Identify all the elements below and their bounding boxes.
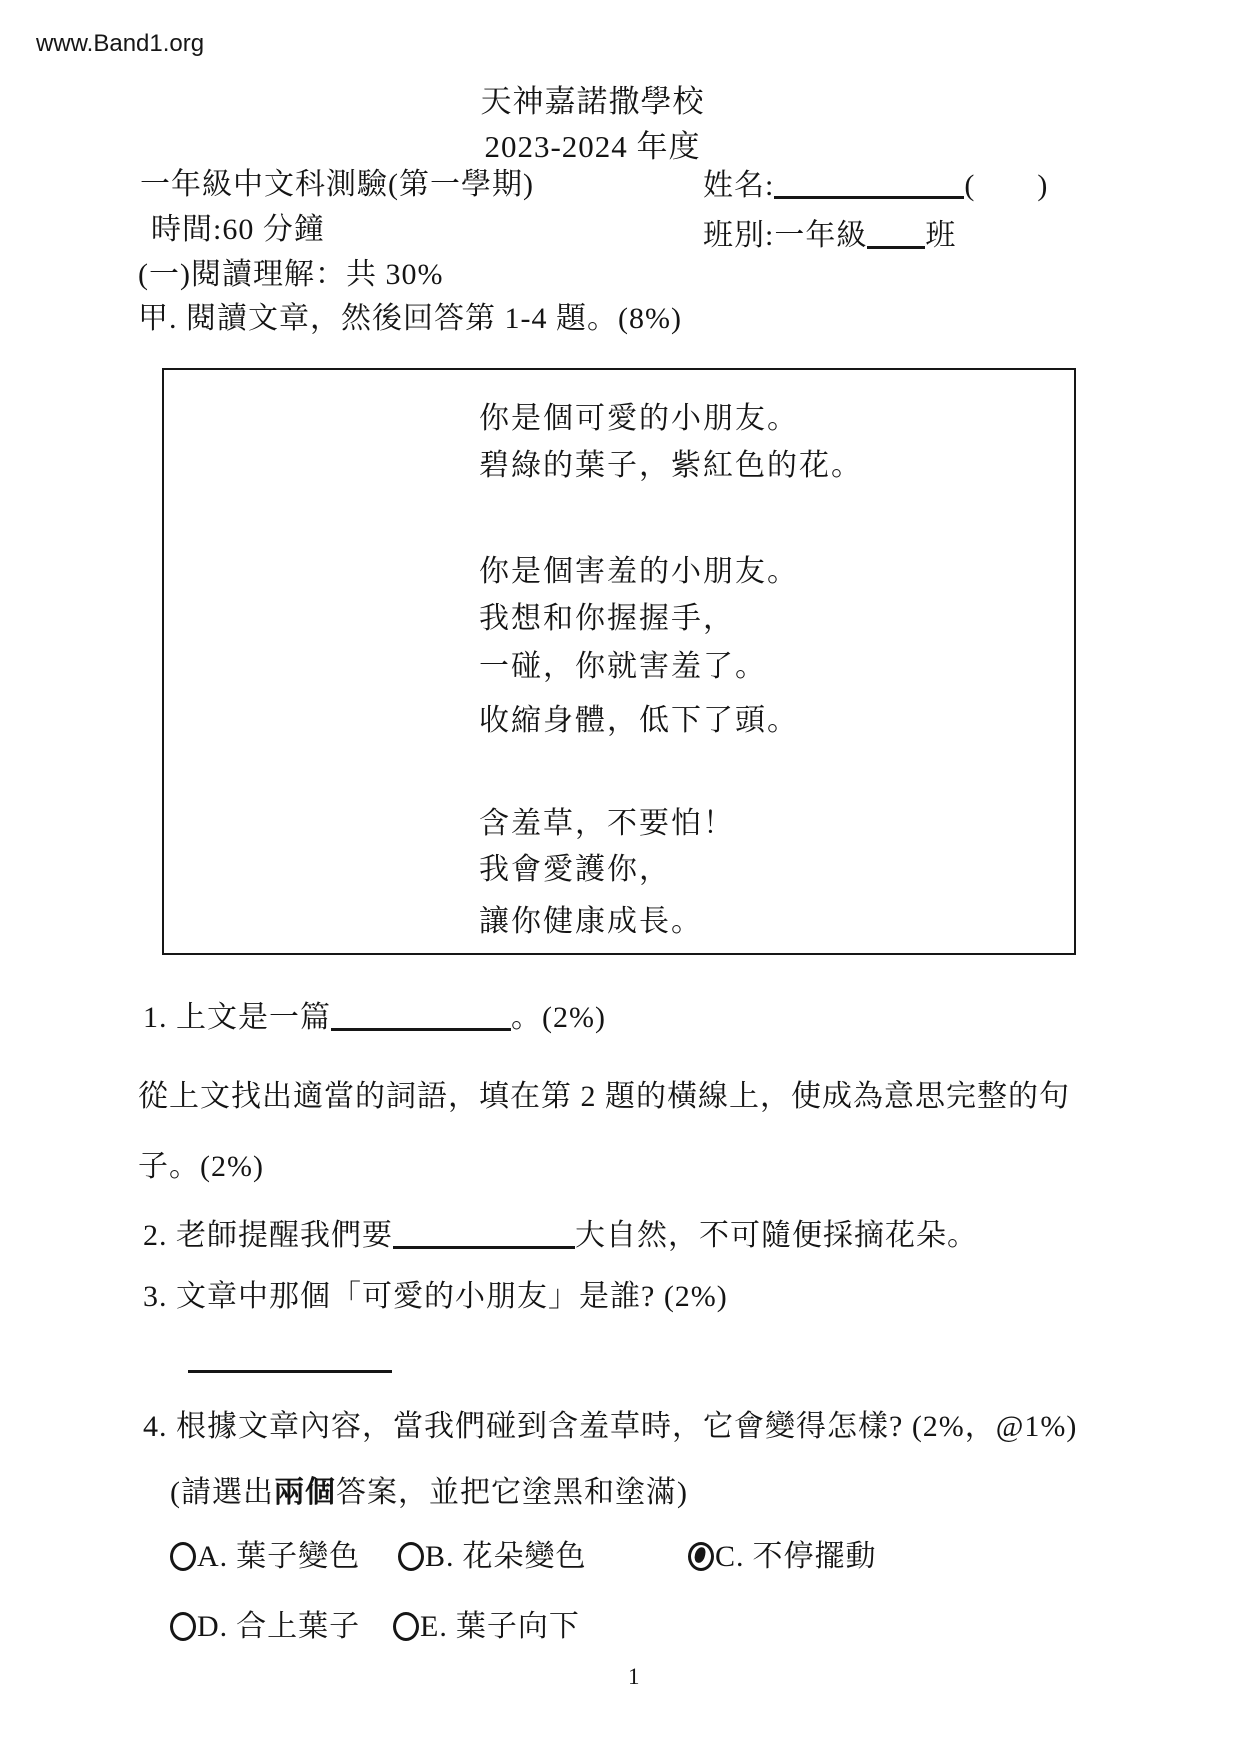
poem-line: 你是個害羞的小朋友。: [479, 546, 799, 590]
option-c: C.不停擺動: [688, 1540, 877, 1575]
option-e-id: E.: [420, 1610, 448, 1643]
option-a-bubble: [170, 1542, 196, 1571]
option-a: A.葉子變色: [170, 1540, 360, 1575]
question-1-suffix: 。(2%): [511, 1001, 606, 1034]
class-row: 班別:一年級班: [703, 216, 956, 254]
option-e-label: 葉子向下: [456, 1610, 580, 1643]
exam-title: 一年級中文科測驗(第一學期): [140, 168, 534, 203]
school-year: 2023-2024 年度: [0, 129, 1185, 165]
option-d-bubble: [170, 1612, 196, 1641]
question-2-suffix: 大自然，不可隨便採摘花朵。: [575, 1219, 978, 1252]
section-heading: (一)閱讀理解：共 30%: [138, 258, 443, 293]
question-4: 4. 根據文章內容，當我們碰到含羞草時，它會變得怎樣? (2%，@1%): [143, 1410, 1077, 1445]
option-b-bubble: [398, 1542, 424, 1571]
poem-line: 我想和你握握手，: [479, 593, 735, 637]
question-1: 1. 上文是一篇。(2%): [143, 998, 606, 1036]
option-a-label: 葉子變色: [236, 1540, 360, 1573]
question-2-prefix: 2. 老師提醒我們要: [143, 1219, 393, 1252]
option-c-label: 不停擺動: [753, 1540, 877, 1573]
poem-reading-box: 你是個可愛的小朋友。 碧綠的葉子，紫紅色的花。 你是個害羞的小朋友。 我想和你握…: [162, 368, 1076, 955]
q2-instruction-line-1: 從上文找出適當的詞語，填在第 2 題的橫線上，使成為意思完整的句: [138, 1080, 1070, 1115]
poem-line: 一碰，你就害羞了。: [479, 641, 767, 685]
exam-paper-page: www.Band1.org 天神嘉諾撒學校 2023-2024 年度 一年級中文…: [0, 0, 1240, 1754]
question-2-blank-line: [393, 1216, 575, 1249]
option-a-id: A.: [197, 1540, 228, 1573]
part-a-heading: 甲. 閱讀文章，然後回答第 1-4 題。(8%): [138, 302, 682, 337]
option-c-id: C.: [715, 1540, 745, 1573]
option-c-bubble: [688, 1542, 714, 1571]
poem-line: 讓你健康成長。: [479, 896, 703, 940]
option-e: E.葉子向下: [393, 1610, 580, 1645]
question-1-blank-line: [331, 998, 511, 1031]
question-1-prefix: 1. 上文是一篇: [143, 1001, 331, 1034]
page-number: 1: [628, 1664, 640, 1690]
question-3-answer-line: [188, 1346, 392, 1373]
option-d: D.合上葉子: [170, 1610, 360, 1645]
poem-line: 收縮身體，低下了頭。: [479, 695, 799, 739]
q4-note-pre: (請選出: [170, 1476, 274, 1509]
class-label: 班別:一年級: [703, 219, 867, 252]
question-4-note: (請選出兩個答案，並把它塗黑和塗滿): [170, 1476, 688, 1511]
name-label: 姓名:: [703, 169, 774, 202]
name-row: 姓名:( ): [703, 166, 1048, 204]
poem-line: 你是個可愛的小朋友。: [479, 393, 799, 437]
class-suffix: 班: [925, 219, 956, 252]
option-d-id: D.: [197, 1610, 228, 1643]
poem-line: 我會愛護你，: [479, 844, 671, 888]
option-b-label: 花朵變色: [463, 1540, 587, 1573]
option-d-label: 合上葉子: [236, 1610, 360, 1643]
option-b: B.花朵變色: [398, 1540, 587, 1575]
question-2: 2. 老師提醒我們要大自然，不可隨便採摘花朵。: [143, 1216, 978, 1254]
poem-line: 含羞草，不要怕！: [479, 798, 735, 842]
q4-note-post: 答案，並把它塗黑和塗滿): [336, 1476, 688, 1509]
school-name: 天神嘉諾撒學校: [0, 84, 1185, 120]
exam-duration: 時間:60 分鐘: [151, 213, 325, 248]
question-3: 3. 文章中那個「可愛的小朋友」是誰? (2%): [143, 1280, 728, 1315]
name-blank-line: [774, 166, 964, 199]
q4-note-bold: 兩個: [274, 1476, 336, 1509]
poem-line: 碧綠的葉子，紫紅色的花。: [479, 440, 863, 484]
name-paren: ( ): [964, 169, 1048, 202]
q2-instruction-line-2: 子。(2%): [138, 1150, 264, 1185]
watermark-url: www.Band1.org: [36, 30, 204, 58]
class-blank-line: [867, 216, 925, 249]
option-e-bubble: [393, 1612, 419, 1641]
option-b-id: B.: [425, 1540, 455, 1573]
